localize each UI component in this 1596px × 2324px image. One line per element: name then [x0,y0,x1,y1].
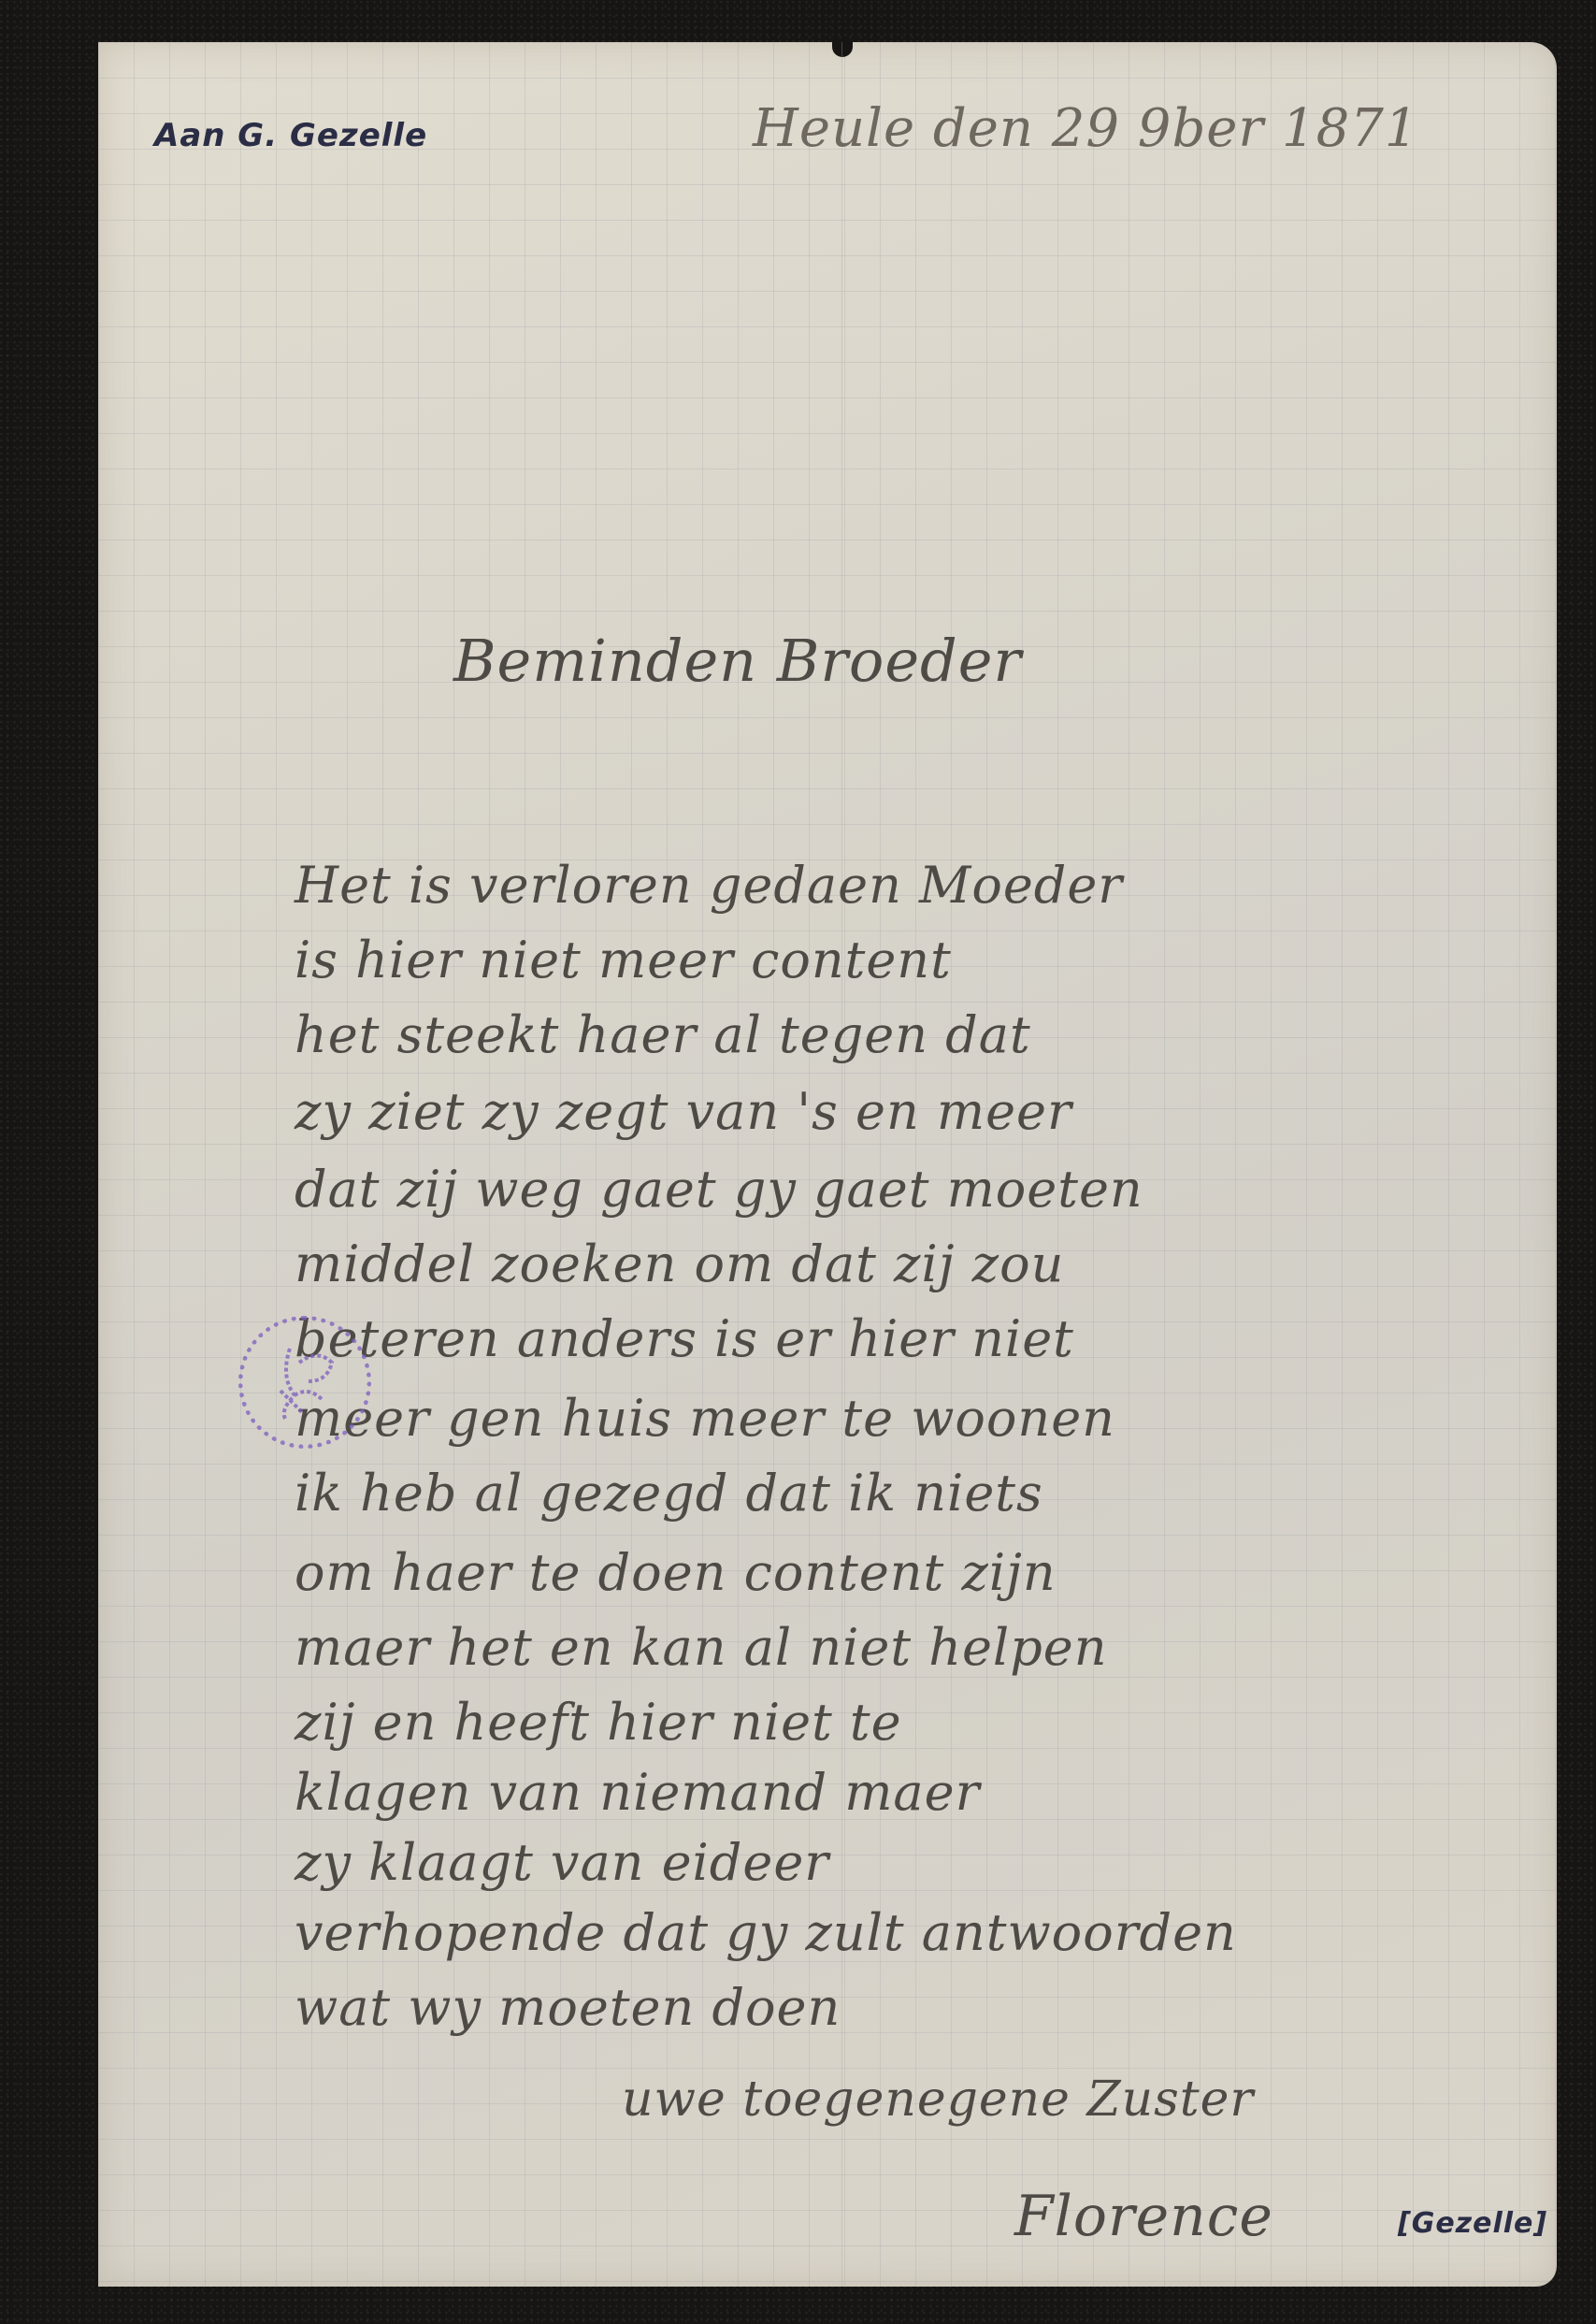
body-line: is hier niet meer content [295,931,952,989]
body-line: zy ziet zy zegt van 's en meer [295,1082,1072,1141]
body-line: wat wy moeten doen [295,1978,841,2037]
body-line: ik heb al gezegd dat ik niets [295,1464,1043,1523]
signature: Florence [1014,2184,1273,2249]
body-line: zy klaagt van eideer [295,1833,829,1892]
closing: uwe toegenegene Zuster [622,2071,1254,2128]
body-line: dat zij weg gaet gy gaet moeten [295,1160,1143,1219]
body-line: klagen van niemand maer [295,1763,980,1822]
letter-page: Aan G. Gezelle Heule den 29 9ber 1871 Be… [98,42,1557,2287]
body-line: meer gen huis meer te woonen [295,1389,1115,1448]
body-line: middel zoeken om dat zij zou [295,1234,1064,1293]
salutation: Beminden Broeder [453,627,1022,695]
archive-stamp-icon [238,1316,371,1449]
body-line: maer het en kan al niet helpen [295,1618,1108,1677]
body-line: Het is verloren gedaen Moeder [295,856,1123,915]
body-line: om haer te doen content zijn [295,1543,1057,1602]
body-line: zij en heeft hier niet te [295,1693,902,1752]
signature-annotation: [Gezelle] [1398,2207,1547,2240]
body-line: het steekt haer al tegen dat [295,1005,1031,1064]
body-line: beteren anders is er hier niet [295,1309,1074,1368]
place-date: Heule den 29 9ber 1871 [753,98,1419,159]
fold-notch [832,40,853,57]
body-line: verhopende dat gy zult antwoorden [295,1903,1237,1962]
recipient-annotation: Aan G. Gezelle [154,117,427,154]
